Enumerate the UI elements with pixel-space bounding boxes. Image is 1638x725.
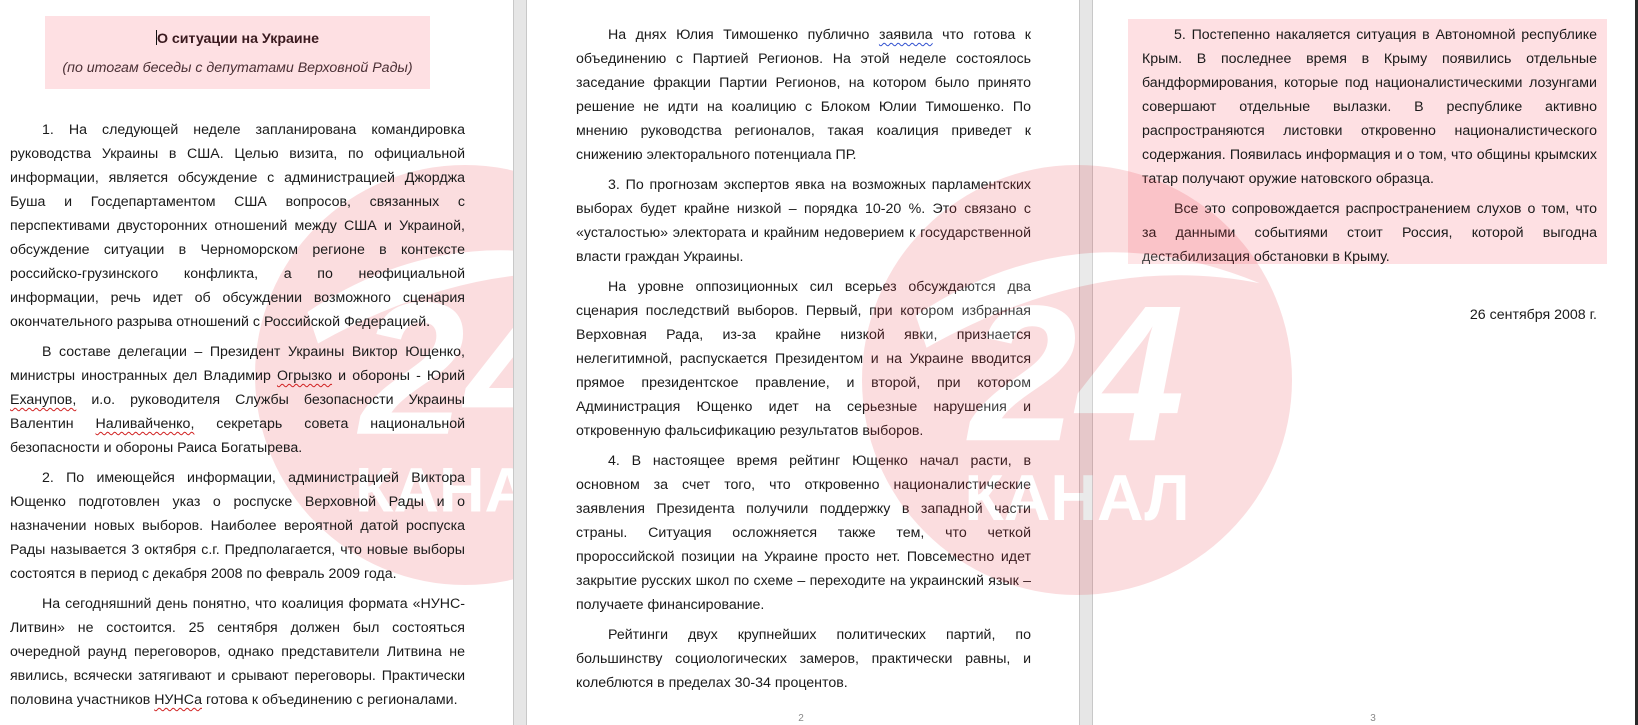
- spellcheck-flagged-word: Огрызко: [277, 368, 332, 384]
- page-3-body[interactable]: 5. Постепенно накаляется ситуация в Авто…: [1142, 23, 1597, 275]
- page-2: На днях Юлия Тимошенко публично заявила …: [527, 0, 1079, 725]
- paragraph[interactable]: На днях Юлия Тимошенко публично заявила …: [576, 23, 1031, 167]
- paragraph-text: На днях Юлия Тимошенко публично: [608, 27, 879, 43]
- paragraph-text: На уровне оппозиционных сил всерьез обсу…: [576, 279, 1031, 439]
- document-date[interactable]: 26 сентября 2008 г.: [1142, 307, 1597, 323]
- title-highlight: [45, 16, 430, 89]
- paragraph-text: и обороны - Юрий: [332, 368, 465, 384]
- page-gutter: [1079, 0, 1093, 725]
- paragraph-text: готова к объединению с регионалами.: [202, 692, 458, 708]
- spellcheck-flagged-word: НУНСа: [154, 692, 202, 708]
- spellcheck-flagged-word: Еханупов,: [10, 392, 76, 408]
- document-title[interactable]: О ситуации на Украине: [45, 30, 430, 47]
- spellcheck-flagged-word: Наливайченко,: [96, 416, 195, 432]
- paragraph[interactable]: На сегодняшний день понятно, что коалици…: [10, 592, 465, 712]
- paragraph-text: 1. На следующей неделе запланирована ком…: [10, 122, 465, 330]
- paragraph-text: 5. Постепенно накаляется ситуация в Авто…: [1142, 27, 1597, 187]
- page-1: 24 КАНАЛ О ситуации на Украине (по итога…: [0, 0, 513, 725]
- paragraph[interactable]: На уровне оппозиционных сил всерьез обсу…: [576, 275, 1031, 443]
- grammar-flagged-word: заявила: [879, 27, 933, 43]
- paragraph-text: что готова к объединению с Партией Регио…: [576, 27, 1031, 163]
- page-number: 2: [791, 713, 811, 724]
- paragraph[interactable]: Рейтинги двух крупнейших политических па…: [576, 623, 1031, 695]
- paragraph[interactable]: 1. На следующей неделе запланирована ком…: [10, 118, 465, 334]
- paragraph-text: Все это сопровождается распространением …: [1142, 201, 1597, 265]
- page-number: 3: [1363, 713, 1383, 724]
- document-viewport: 24 КАНАЛ О ситуации на Украине (по итога…: [0, 0, 1638, 725]
- paragraph-text: 3. По прогнозам экспертов явка на возмож…: [576, 177, 1031, 265]
- page-2-body[interactable]: На днях Юлия Тимошенко публично заявила …: [576, 23, 1031, 701]
- paragraph[interactable]: В составе делегации – Президент Украины …: [10, 340, 465, 460]
- page-3: 5. Постепенно накаляется ситуация в Авто…: [1093, 0, 1635, 725]
- paragraph-text: 4. В настоящее время рейтинг Ющенко нача…: [576, 453, 1031, 613]
- paragraph-text: Рейтинги двух крупнейших политических па…: [576, 627, 1031, 691]
- paragraph[interactable]: 2. По имеющейся информации, администраци…: [10, 466, 465, 586]
- paragraph[interactable]: Все это сопровождается распространением …: [1142, 197, 1597, 269]
- page-gutter: [513, 0, 527, 725]
- paragraph[interactable]: 5. Постепенно накаляется ситуация в Авто…: [1142, 23, 1597, 191]
- paragraph[interactable]: 4. В настоящее время рейтинг Ющенко нача…: [576, 449, 1031, 617]
- paragraph[interactable]: 3. По прогнозам экспертов явка на возмож…: [576, 173, 1031, 269]
- page-1-body[interactable]: 1. На следующей неделе запланирована ком…: [10, 118, 465, 718]
- document-subtitle[interactable]: (по итогам беседы с депутатами Верховной…: [45, 60, 430, 76]
- paragraph-text: 2. По имеющейся информации, администраци…: [10, 470, 465, 582]
